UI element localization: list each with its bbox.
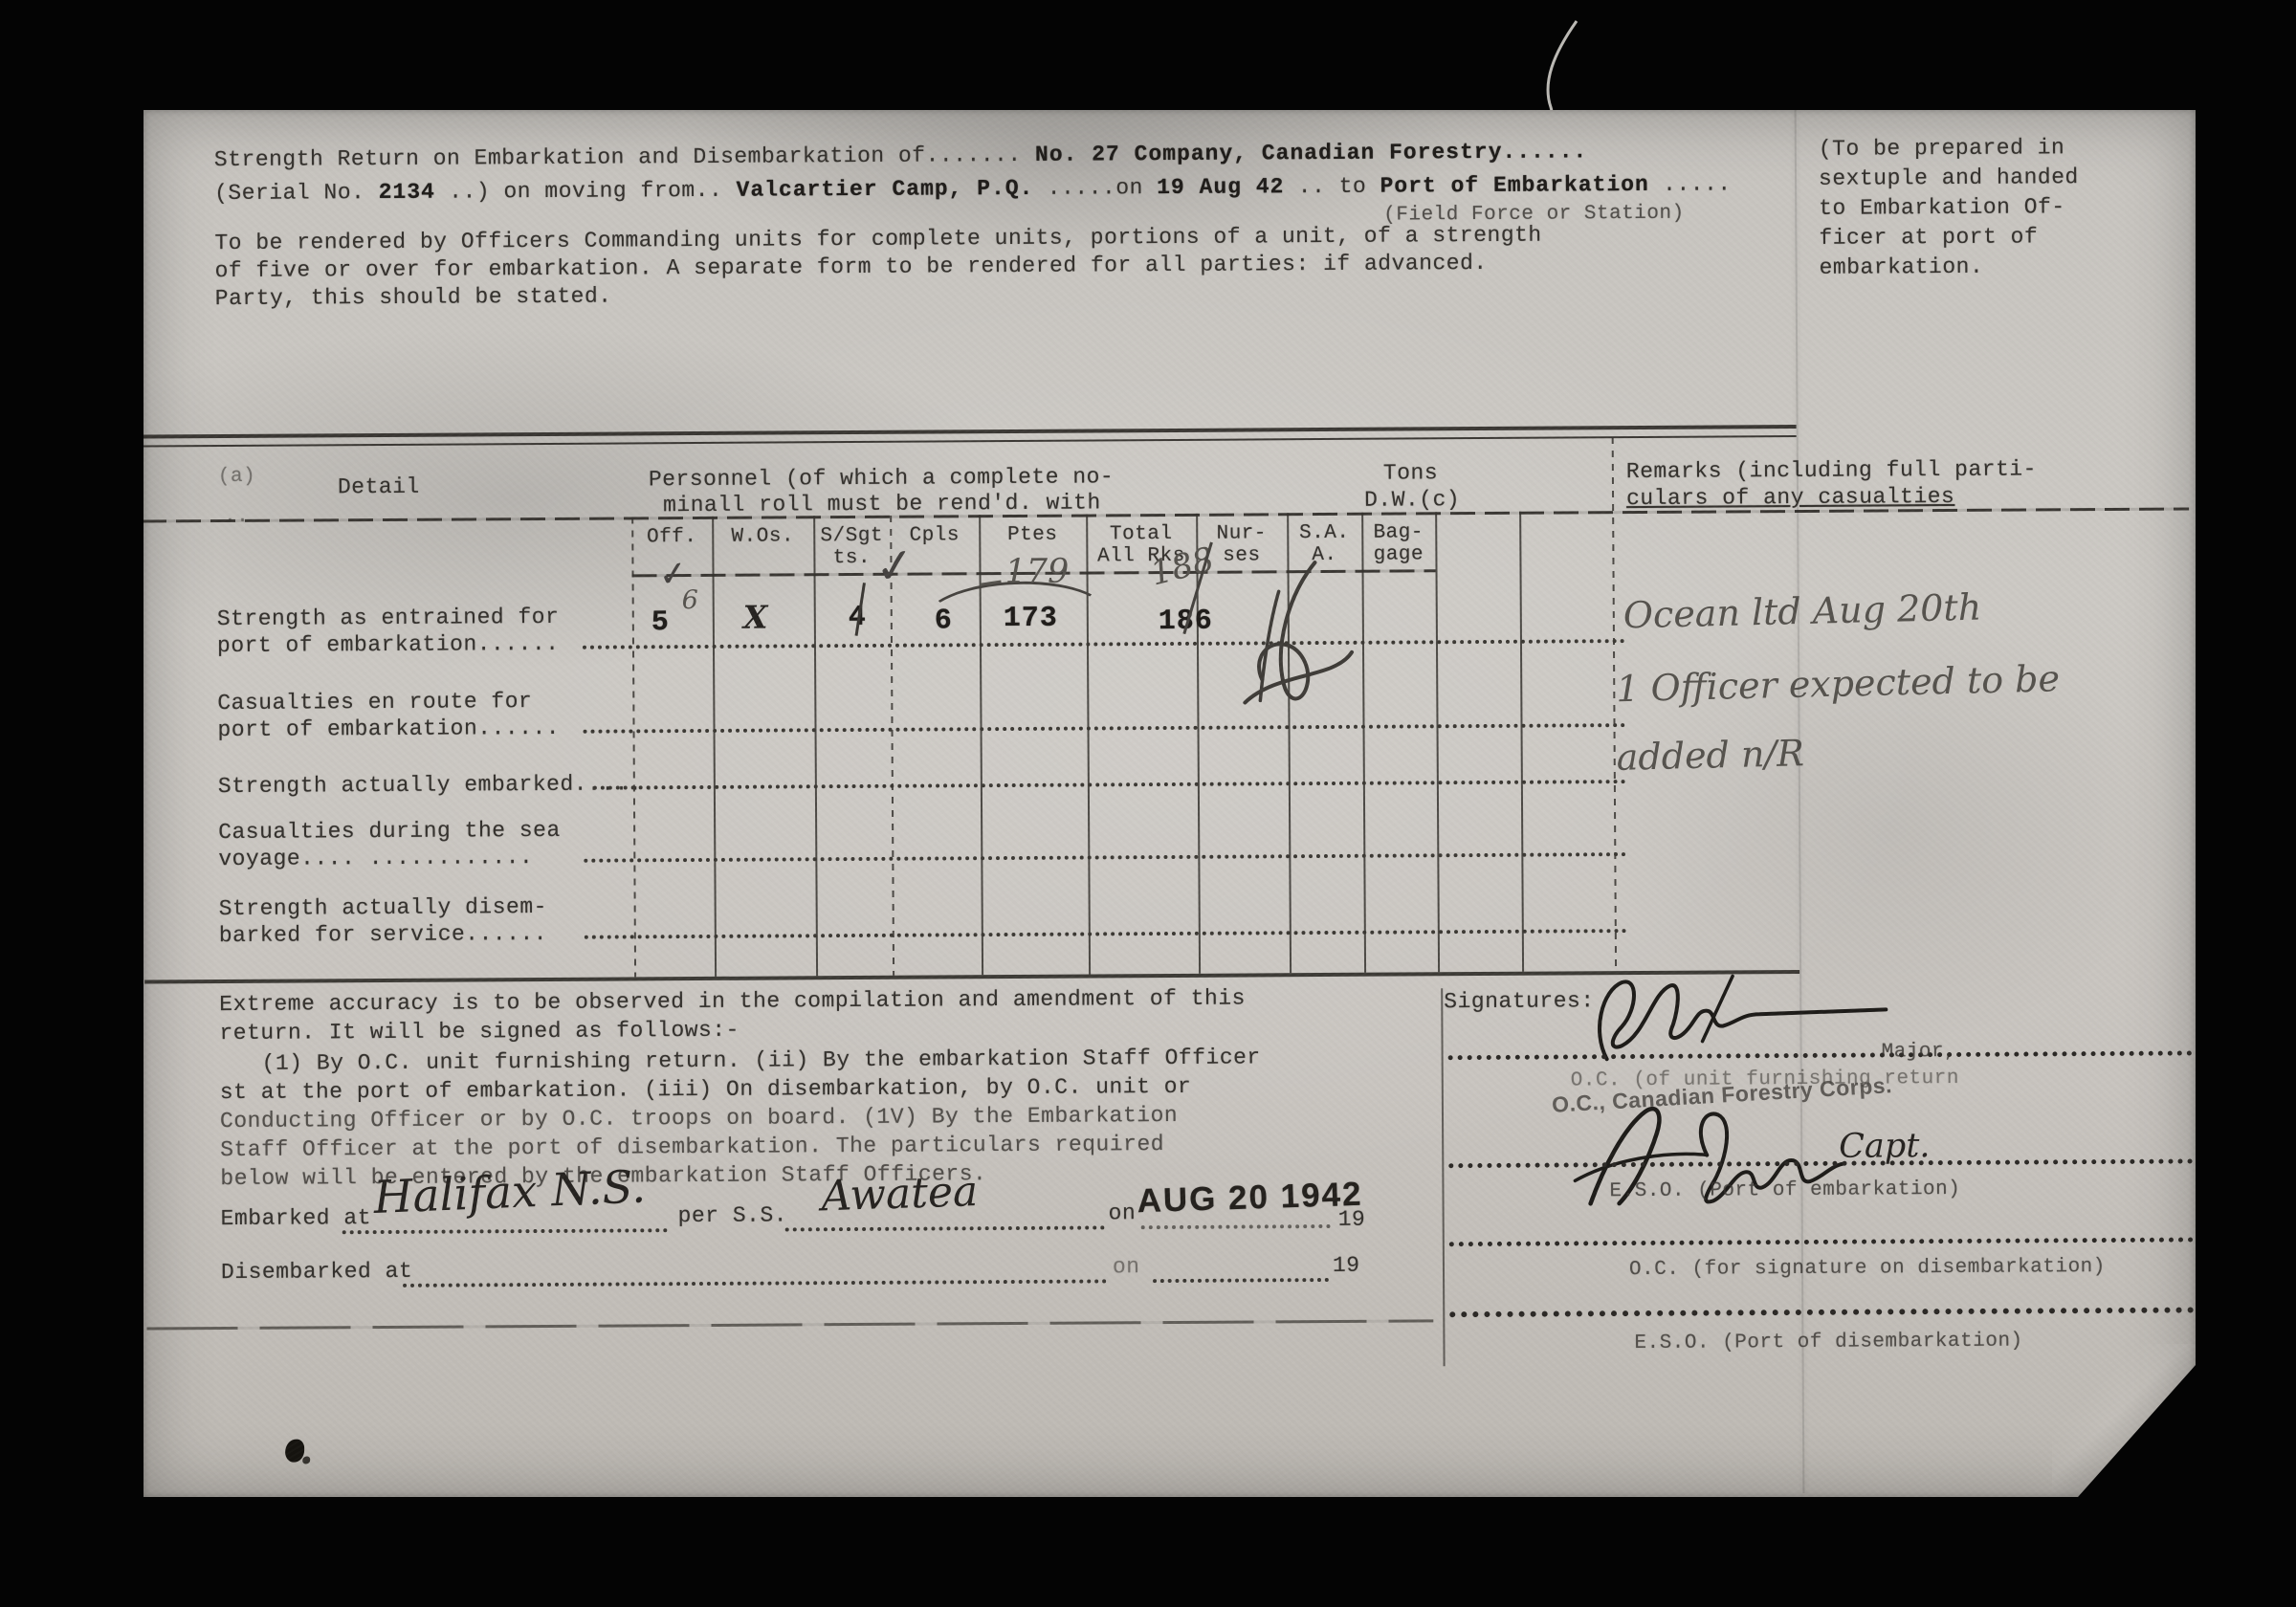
render-note: To be rendered by Officers Commanding un… bbox=[214, 223, 1542, 311]
moving-to-label: .. to bbox=[1298, 174, 1367, 199]
disembarked-year-dots bbox=[1153, 1278, 1329, 1283]
table-header-rule bbox=[142, 507, 2189, 522]
date-leader-dots bbox=[1141, 1224, 1331, 1229]
form-title-line: Strength Return on Embarkation and Disem… bbox=[214, 139, 1588, 172]
ink-blot bbox=[302, 1457, 310, 1464]
personnel-header-line: Personnel (of which a complete no- bbox=[649, 464, 1114, 492]
ship-name-handwritten: Awatea bbox=[821, 1167, 979, 1221]
accuracy-note-line: (1) By O.C. unit furnishing return. (ii)… bbox=[220, 1044, 1464, 1076]
remarks-header-line: Remarks (including full parti- bbox=[1626, 456, 2037, 484]
table-top-rule bbox=[142, 425, 1797, 448]
row-label: voyage.... ............ bbox=[218, 845, 533, 871]
sig3-caption: O.C. (for signature on disembarkation) bbox=[1629, 1256, 2106, 1281]
accuracy-note-line: Staff Officer at the port of disembarkat… bbox=[220, 1130, 1464, 1162]
table-grid-vline bbox=[1435, 512, 1440, 972]
table-bottom-rule bbox=[144, 970, 1799, 984]
row-label: Strength actually disem- bbox=[219, 894, 547, 921]
moving-date-value: 19 Aug 42 bbox=[1157, 174, 1284, 200]
row-leader-dots bbox=[583, 639, 1625, 649]
signature-line bbox=[1449, 1237, 2194, 1246]
table-grid-vline bbox=[1086, 515, 1091, 975]
ink-blot bbox=[285, 1440, 304, 1463]
row-leader-dots bbox=[593, 780, 1626, 790]
signatures-label: Signatures: bbox=[1444, 988, 1594, 1014]
tons-header-line: Tons bbox=[1383, 460, 1438, 485]
row-leader-dots bbox=[584, 723, 1626, 734]
disembarked-leader-dots bbox=[403, 1279, 1107, 1287]
moving-date-dots: .....on bbox=[1048, 175, 1143, 201]
moving-to-dots: ..... bbox=[1663, 171, 1732, 196]
table-grid-vline bbox=[813, 516, 818, 976]
entrained-ptes-value: 173 bbox=[1004, 603, 1058, 635]
accuracy-note-line: Conducting Officer or by O.C. troops on … bbox=[220, 1101, 1464, 1134]
tons-header-line: D.W.(c) bbox=[1364, 487, 1460, 513]
row-label: barked for service...... bbox=[219, 921, 547, 948]
page-crease bbox=[1795, 106, 1805, 1493]
ship-leader-dots bbox=[785, 1225, 1105, 1231]
detail-column-mark: (a) bbox=[218, 466, 255, 488]
row-leader-dots bbox=[585, 929, 1627, 939]
prepare-note-line: embarkation. bbox=[1820, 253, 2080, 280]
entrained-ptes-amendment: 179 bbox=[1004, 553, 1069, 591]
entrained-officers-amendment: 6 bbox=[682, 585, 698, 615]
embarked-leader-dots bbox=[342, 1228, 668, 1234]
moving-to-value: Port of Embarkation bbox=[1380, 172, 1648, 199]
column-header-ptes: Ptes bbox=[981, 524, 1084, 547]
checker-flourish bbox=[1221, 557, 1370, 725]
disembarked-on-label: on bbox=[1113, 1254, 1140, 1279]
embarked-on-label: on bbox=[1109, 1200, 1137, 1225]
prepare-note-line: ficer at port of bbox=[1819, 224, 2079, 251]
accuracy-note: Extreme accuracy is to be observed in th… bbox=[219, 984, 1464, 1191]
entrained-wos-mark: X bbox=[743, 599, 768, 636]
embarked-year-prefix: 19 bbox=[1338, 1207, 1366, 1232]
checkmark: ✓ bbox=[872, 537, 917, 596]
accuracy-note-line: Extreme accuracy is to be observed in th… bbox=[219, 984, 1463, 1017]
disembarked-label: Disembarked at bbox=[221, 1259, 412, 1285]
row-label: port of embarkation...... bbox=[217, 715, 560, 742]
serial-line: (Serial No. 2134 ..) on moving from.. Va… bbox=[214, 171, 1732, 206]
personnel-header-line: minall roll must be rend'd. with bbox=[663, 490, 1101, 517]
document-page: Strength Return on Embarkation and Disem… bbox=[143, 110, 2196, 1497]
footer-rule bbox=[146, 1319, 1433, 1330]
remarks-header-line: culars of any casualties bbox=[1626, 484, 1954, 511]
unit-name-value: No. 27 Company, Canadian Forestry...... bbox=[1035, 139, 1587, 167]
row-label: Casualties during the sea bbox=[218, 818, 561, 845]
column-header-baggage: Bag- gage bbox=[1363, 521, 1433, 565]
row-label: Strength as entrained for bbox=[217, 605, 560, 631]
row-label: Casualties en route for bbox=[217, 689, 532, 715]
row-leader-dots bbox=[584, 852, 1626, 863]
row-label: Strength actually embarked...... bbox=[218, 771, 656, 799]
form-title-label: Strength Return on Embarkation and Disem… bbox=[214, 143, 1022, 172]
signature-line bbox=[1449, 1307, 2194, 1317]
render-note-line: Party, this should be stated. bbox=[215, 278, 1542, 311]
document-content: Strength Return on Embarkation and Disem… bbox=[140, 103, 2200, 1503]
remarks-note-line: 1 Officer expected to be bbox=[1616, 657, 2061, 710]
embarked-place-handwritten: Halifax N.S. bbox=[372, 1160, 646, 1224]
column-header-wos: W.Os. bbox=[714, 525, 811, 548]
prepare-note-line: sextuple and handed bbox=[1819, 165, 2079, 191]
embarked-label: Embarked at bbox=[221, 1205, 371, 1231]
sig2-caption: E.S.O. (Port of embarkation) bbox=[1609, 1178, 1960, 1202]
remarks-note-line: Ocean ltd Aug 20th bbox=[1623, 586, 1981, 637]
sig4-caption: E.S.O. (Port of disembarkation) bbox=[1634, 1331, 2022, 1354]
prepare-note-line: to Embarkation Of- bbox=[1819, 194, 2079, 221]
table-grid-vline bbox=[631, 517, 636, 977]
detail-column-header: Detail bbox=[338, 474, 420, 500]
per-ss-label: per S.S. bbox=[678, 1202, 788, 1228]
sig1-rank: Major, bbox=[1882, 1041, 1957, 1063]
column-header-off: Off. bbox=[633, 526, 710, 548]
prepare-note: (To be prepared in sextuple and handed t… bbox=[1819, 135, 2080, 280]
embarkation-date-stamp: AUG 20 1942 bbox=[1137, 1176, 1363, 1222]
serial-number: 2134 bbox=[379, 180, 435, 205]
accuracy-note-line: return. It will be signed as follows:- bbox=[219, 1013, 1463, 1046]
table-grid-vline bbox=[1519, 512, 1524, 972]
disembarked-year-prefix: 19 bbox=[1333, 1253, 1360, 1278]
row-label: port of embarkation...... bbox=[217, 631, 560, 658]
table-grid-vline bbox=[712, 517, 717, 977]
detail-column-submark: .. bbox=[224, 506, 249, 528]
scanned-document-background: Strength Return on Embarkation and Disem… bbox=[0, 0, 2296, 1607]
moving-from-label: ..) on moving from.. bbox=[449, 178, 722, 205]
moving-from-value: Valcartier Camp, P.Q. bbox=[737, 176, 1034, 203]
remarks-note-line: added n/R bbox=[1616, 732, 1804, 779]
prepare-note-line: (To be prepared in bbox=[1819, 135, 2079, 162]
accuracy-note-line: st at the port of embarkation. (iii) On … bbox=[220, 1072, 1464, 1105]
serial-label: (Serial No. bbox=[214, 180, 364, 206]
entrained-officers-value: 5 bbox=[651, 606, 670, 639]
